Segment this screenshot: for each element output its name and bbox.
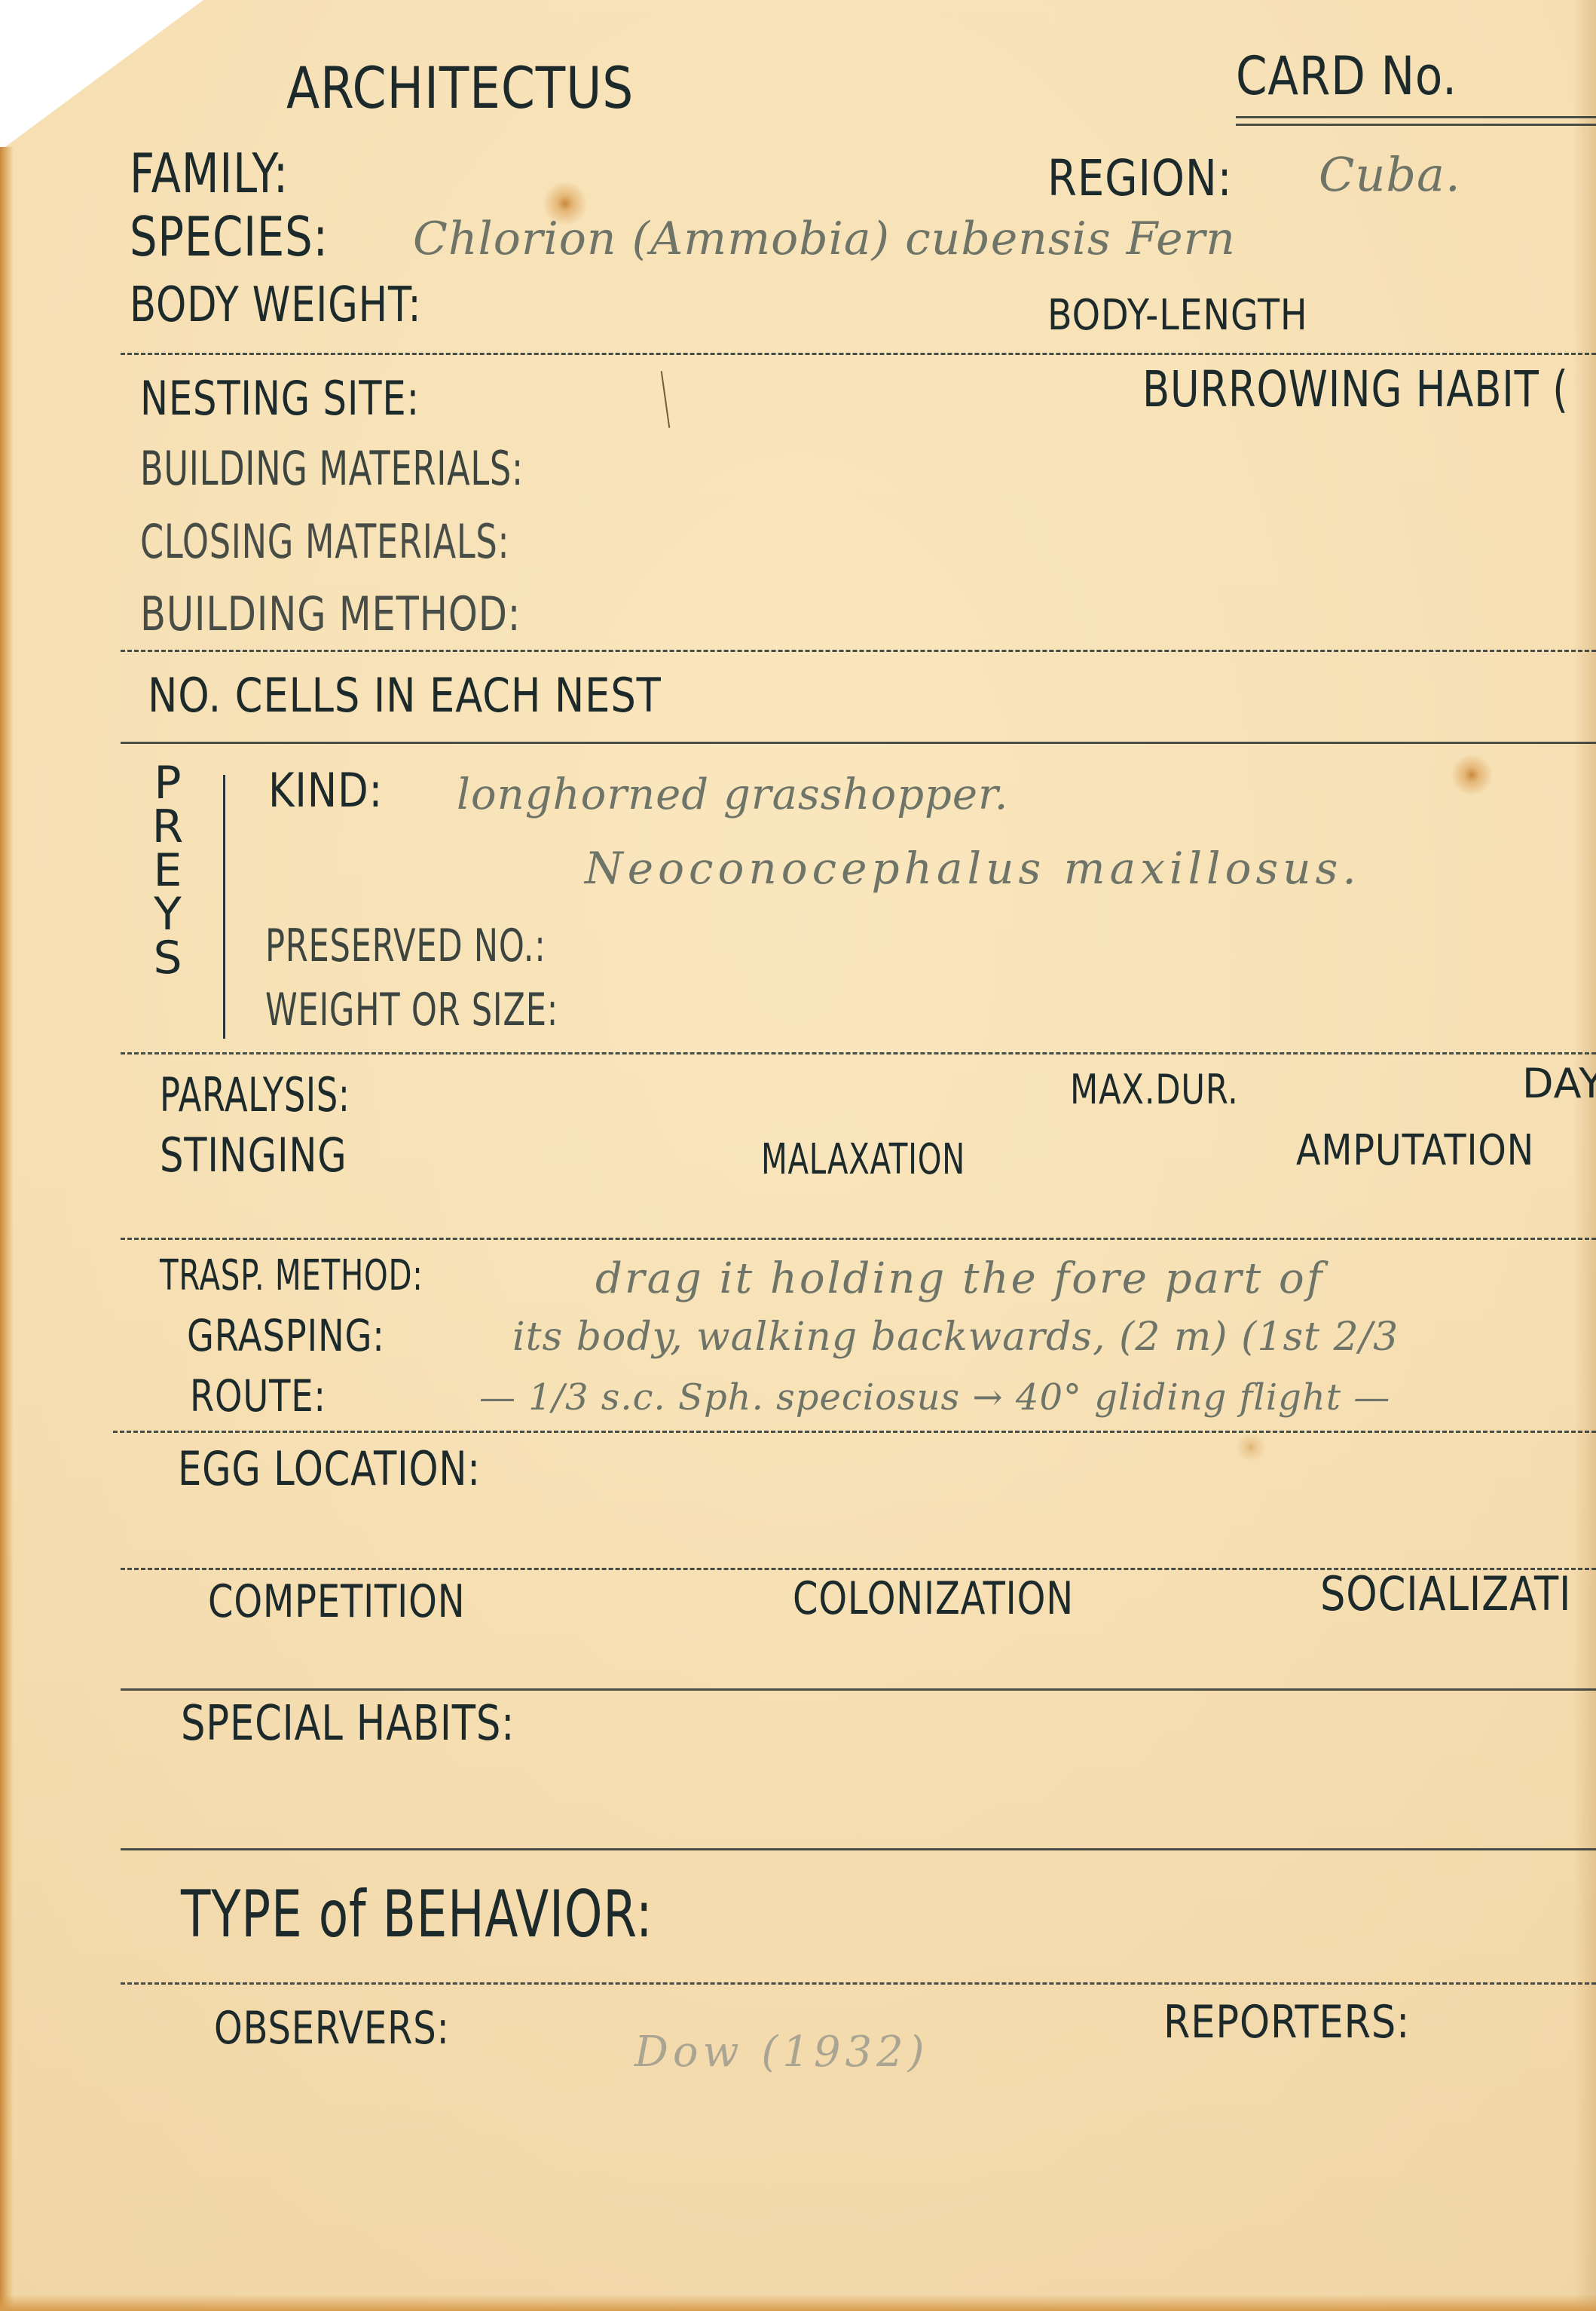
special-habits-label: SPECIAL HABITS:	[181, 1696, 515, 1752]
weight-or-size-label: WEIGHT OR SIZE:	[265, 984, 558, 1036]
competition-label: COMPETITION	[208, 1575, 465, 1628]
section-divider	[121, 742, 1596, 744]
section-divider	[113, 1431, 1596, 1433]
max-duration-label: MAX.DUR.	[1070, 1066, 1239, 1113]
prey-kind-value-line1: longhorned grasshopper.	[457, 770, 1008, 819]
family-label: FAMILY:	[130, 142, 289, 205]
region-value: Cuba.	[1319, 147, 1461, 202]
observers-label: OBSERVERS:	[214, 2002, 450, 2055]
preys-divider	[223, 775, 225, 1039]
route-label: ROUTE:	[190, 1370, 326, 1422]
card-edge-right	[1573, 0, 1596, 2311]
transport-method-label: TRASP. METHOD:	[160, 1251, 423, 1300]
transport-note-line3: — 1/3 s.c. Sph. speciosus → 40° gliding …	[479, 1376, 1390, 1419]
section-divider	[121, 1688, 1596, 1691]
section-divider	[121, 1052, 1596, 1054]
stinging-label: STINGING	[160, 1128, 347, 1183]
preys-section-label: PREYS	[151, 761, 196, 980]
card-header: ARCHITECTUS	[286, 54, 634, 121]
grasping-label: GRASPING:	[187, 1310, 385, 1361]
section-divider	[121, 650, 1596, 652]
paralysis-label: PARALYSIS:	[160, 1067, 350, 1122]
building-method-label: BUILDING METHOD:	[140, 586, 521, 641]
section-divider	[121, 353, 1596, 355]
species-value: Chlorion (Ammobia) cubensis Fern	[413, 213, 1236, 265]
transport-note-line2: its body, walking backwards, (2 m) (1st …	[512, 1315, 1399, 1360]
region-label: REGION:	[1047, 149, 1232, 207]
preys-vertical-text: PREYS	[151, 761, 185, 980]
section-divider	[121, 1848, 1596, 1850]
prey-kind-label: KIND:	[268, 763, 383, 818]
socialization-label: SOCIALIZATI	[1320, 1566, 1571, 1621]
egg-location-label: EGG LOCATION:	[178, 1441, 481, 1496]
section-divider	[121, 1238, 1596, 1240]
amputation-label: AMPUTATION	[1296, 1126, 1534, 1175]
card-number-rule	[1236, 124, 1596, 126]
colonization-label: COLONIZATION	[793, 1572, 1074, 1625]
building-materials-label: BUILDING MATERIALS:	[140, 441, 524, 496]
cells-per-nest-label: NO. CELLS IN EACH NEST	[148, 668, 662, 723]
burrowing-habit-label: BURROWING HABIT (	[1142, 360, 1569, 418]
observers-value: Dow (1932)	[634, 2028, 929, 2077]
section-divider	[121, 1982, 1596, 1985]
preserved-number-label: PRESERVED NO.:	[265, 920, 546, 972]
card-number-label: CARD No.	[1236, 45, 1457, 107]
stain-spot	[1236, 1432, 1266, 1462]
stain-spot	[1451, 754, 1493, 796]
reporters-label: REPORTERS:	[1163, 1996, 1410, 2049]
malaxation-label: MALAXATION	[761, 1135, 965, 1184]
closing-materials-label: CLOSING MATERIALS:	[140, 514, 509, 569]
prey-kind-value-line2: Neoconocephalus maxillosus.	[585, 843, 1361, 894]
body-weight-label: BODY WEIGHT:	[130, 277, 421, 333]
body-length-label: BODY-LENGTH	[1047, 291, 1308, 340]
transport-note-line1: drag it holding the fore part of	[595, 1254, 1324, 1303]
card-number-rule	[1236, 116, 1596, 118]
species-label: SPECIES:	[130, 205, 329, 268]
type-of-behavior-label: TYPE of BEHAVIOR:	[181, 1877, 653, 1952]
card-edge-left	[0, 147, 14, 2311]
nesting-site-label: NESTING SITE:	[140, 371, 420, 426]
days-label: DAY	[1522, 1060, 1596, 1107]
card-edge-bottom	[0, 2294, 1596, 2311]
